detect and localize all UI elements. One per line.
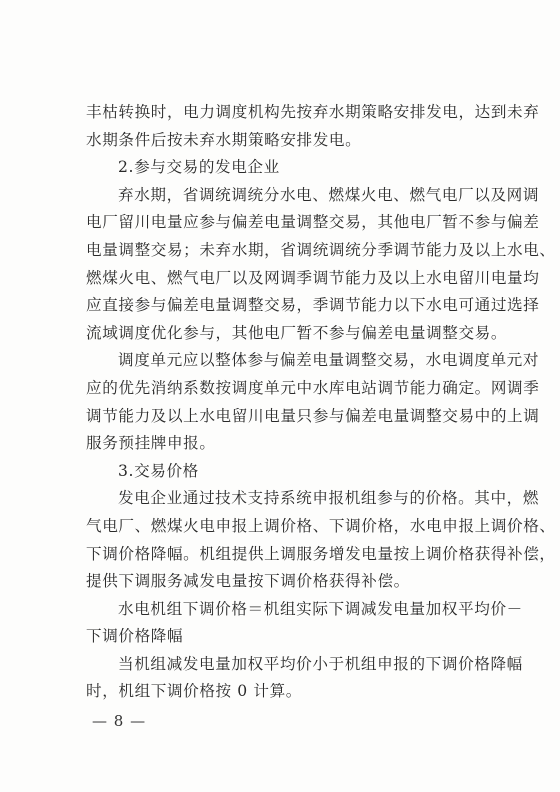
text-line: 电量调整交易；未弃水期，省调统调统分季调节能力及以上水电、 (86, 237, 494, 265)
text-line: 服务预挂牌申报。 (86, 430, 494, 458)
section-heading: 2.参与交易的发电企业 (86, 154, 494, 182)
text-line: 燃煤火电、燃气电厂以及网调季调节能力及以上水电留川电量均 (86, 265, 494, 293)
text-line: 当机组减发电量加权平均价小于机组申报的下调价格降幅 (86, 651, 494, 679)
section-heading: 3.交易价格 (86, 458, 494, 486)
text-line: 弃水期，省调统调统分水电、燃煤火电、燃气电厂以及网调 (86, 182, 494, 210)
text-line: 应直接参与偏差电量调整交易，季调节能力以下水电可通过选择 (86, 292, 494, 320)
text-line: 水期条件后按未弃水期策略安排发电。 (86, 127, 494, 155)
text-line: 提供下调服务减发电量按下调价格获得补偿。 (86, 568, 494, 596)
page-number: — 8 — (92, 712, 146, 730)
text-line: 丰枯转换时，电力调度机构先按弃水期策略安排发电，达到未弃 (86, 99, 494, 127)
text-line: 调节能力及以上水电留川电量只参与偏差电量调整交易中的上调 (86, 403, 494, 431)
formula-line: 下调价格降幅 (86, 623, 494, 651)
text-line: 发电企业通过技术支持系统申报机组参与的价格。其中，燃 (86, 485, 494, 513)
text-line: 流域调度优化参与，其他电厂暂不参与偏差电量调整交易。 (86, 320, 494, 348)
formula-line: 水电机组下调价格＝机组实际下调减发电量加权平均价－ (86, 596, 494, 624)
text-line: 电厂留川电量应参与偏差电量调整交易，其他电厂暂不参与偏差 (86, 209, 494, 237)
text-line: 应的优先消纳系数按调度单元中水库电站调节能力确定。网调季 (86, 375, 494, 403)
text-line: 气电厂、燃煤火电申报上调价格、下调价格，水电申报上调价格、 (86, 513, 494, 541)
text-line: 下调价格降幅。机组提供上调服务增发电量按上调价格获得补偿， (86, 541, 494, 569)
text-line: 时，机组下调价格按 0 计算。 (86, 678, 494, 706)
text-line: 调度单元应以整体参与偏差电量调整交易，水电调度单元对 (86, 347, 494, 375)
document-body: 丰枯转换时，电力调度机构先按弃水期策略安排发电，达到未弃 水期条件后按未弃水期策… (86, 99, 494, 706)
